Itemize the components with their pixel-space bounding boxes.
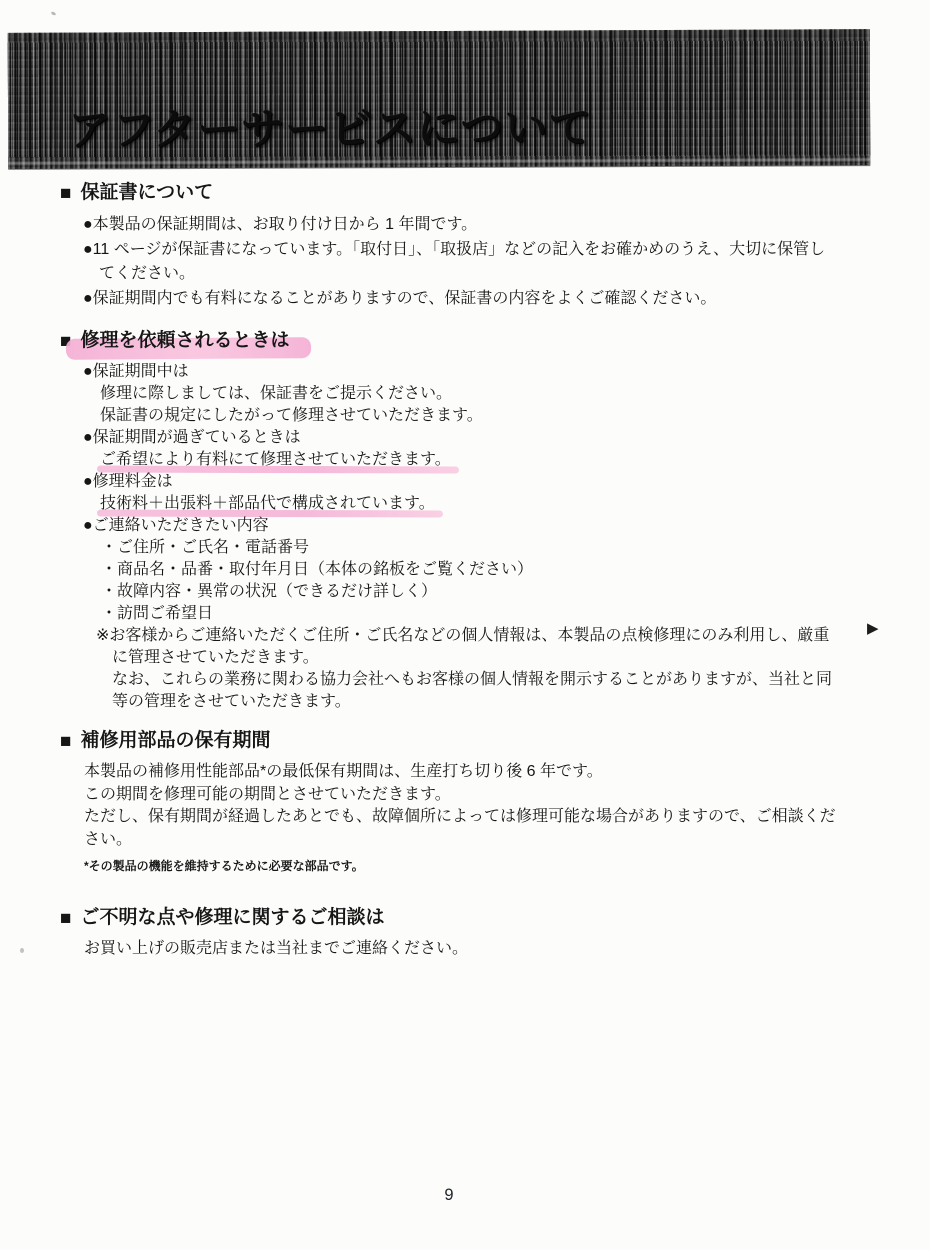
text-line: ●保証期間が過ぎているときは	[83, 427, 930, 449]
text-line-content: 本製品の補修用性能部品*の最低保有期間は、生産打ち切り後 6 年です。	[84, 761, 603, 784]
text-line: ●保証期間中は	[83, 361, 930, 383]
text-line-content: なお、これらの業務に関わる協力会社へもお客様の個人情報を開示することがありますが…	[112, 669, 832, 691]
text-line-content: ご希望により有料にて修理させていただきます。	[100, 449, 451, 471]
text-line: てください。	[99, 262, 930, 287]
text-line: ・商品名・品番・取付年月日（本体の銘板をご覧ください）	[101, 559, 930, 581]
text-line: ・訪問ご希望日	[101, 603, 930, 625]
section-spare-parts: ■補修用部品の保有期間 本製品の補修用性能部品*の最低保有期間は、生産打ち切り後…	[0, 728, 930, 878]
text-line-content: お買い上げの販売店または当社までご連絡ください。	[84, 938, 468, 960]
text-line-note: に管理させていただきます。	[112, 647, 930, 669]
page-content: ■保証書について ●本製品の保証期間は、お取り付け日から 1 年間です。 ●11…	[0, 0, 930, 960]
section-heading-parts: ■補修用部品の保有期間	[60, 728, 930, 754]
section-heading-warranty: ■保証書について	[60, 180, 930, 206]
text-line-note: 等の管理をさせていただきます。	[112, 691, 930, 713]
text-line: ・故障内容・異常の状況（できるだけ詳しく）	[101, 581, 930, 603]
section-heading-text-highlighted: 修理を依頼されるときは	[80, 328, 289, 354]
text-line-content: ・訪問ご希望日	[101, 603, 213, 625]
text-line: ●11 ページが保証書になっています。「取付日」、「取扱店」などの記入をお確かめ…	[83, 238, 930, 263]
section-heading-inquiries: ■ご不明な点や修理に関するご相談は	[60, 905, 930, 931]
square-bullet-icon: ■	[60, 906, 71, 932]
text-line: ●ご連絡いただきたい内容	[83, 515, 930, 537]
text-line-highlighted: ご希望により有料にて修理させていただきます。	[100, 449, 930, 471]
footnote-line: *その製品の機能を維持するために必要な部品です。	[84, 855, 930, 878]
text-line-content: 技術料＋出張料＋部品代で構成されています。	[100, 493, 435, 515]
section-heading-text: 保証書について	[80, 180, 213, 206]
text-line-content: ●保証期間内でも有料になることがありますので、保証書の内容をよくご確認ください。	[83, 287, 716, 312]
square-bullet-icon: ■	[60, 181, 71, 207]
text-line: ・ご住所・ご氏名・電話番号	[101, 537, 930, 559]
text-line-content: ※お客様からご連絡いただくご住所・ご氏名などの個人情報は、本製品の点検修理にのみ…	[96, 625, 829, 647]
continue-arrow-icon: ▶	[867, 621, 879, 636]
text-line-content: に管理させていただきます。	[112, 647, 319, 669]
text-line: 保証書の規定にしたがって修理させていただきます。	[100, 405, 930, 427]
text-line: 修理に際しましては、保証書をご提示ください。	[100, 383, 930, 405]
text-line-content: さい。	[84, 829, 132, 852]
text-line: お買い上げの販売店または当社までご連絡ください。	[84, 938, 930, 960]
page-number: 9	[437, 1186, 461, 1205]
scanned-manual-page: アフターサービスについて ■保証書について ●本製品の保証期間は、お取り付け日か…	[0, 0, 930, 1250]
text-line-note: ※お客様からご連絡いただくご住所・ご氏名などの個人情報は、本製品の点検修理にのみ…	[96, 625, 930, 647]
text-line-highlighted: 技術料＋出張料＋部品代で構成されています。	[100, 493, 930, 515]
text-line: ●保証期間内でも有料になることがありますので、保証書の内容をよくご確認ください。	[83, 287, 930, 312]
text-line: ●本製品の保証期間は、お取り付け日から 1 年間です。	[83, 213, 930, 238]
text-line-content: ●保証期間中は	[83, 361, 189, 383]
text-line-content: てください。	[99, 262, 195, 287]
square-bullet-icon: ■	[60, 729, 71, 755]
section-heading-repair: ■修理を依頼されるときは	[60, 328, 930, 354]
text-line: この期間を修理可能の期間とさせていただきます。	[84, 784, 930, 807]
text-line-content: ・故障内容・異常の状況（できるだけ詳しく）	[101, 581, 437, 603]
text-line-content: *その製品の機能を維持するために必要な部品です。	[84, 855, 364, 878]
section-heading-text: 補修用部品の保有期間	[80, 728, 270, 754]
section-inquiries: ■ご不明な点や修理に関するご相談は お買い上げの販売店または当社までご連絡くださ…	[0, 905, 930, 960]
text-line-note: なお、これらの業務に関わる協力会社へもお客様の個人情報を開示することがありますが…	[112, 669, 930, 691]
section-warranty: ■保証書について ●本製品の保証期間は、お取り付け日から 1 年間です。 ●11…	[0, 180, 930, 311]
text-line-content: ●修理料金は	[83, 471, 173, 493]
text-line-content: ●本製品の保証期間は、お取り付け日から 1 年間です。	[83, 213, 477, 238]
text-line-content: 等の管理をさせていただきます。	[112, 691, 351, 713]
text-line: 本製品の補修用性能部品*の最低保有期間は、生産打ち切り後 6 年です。	[84, 761, 930, 784]
text-line-content: ・ご住所・ご氏名・電話番号	[101, 537, 309, 559]
text-line-content: ・商品名・品番・取付年月日（本体の銘板をご覧ください）	[101, 559, 533, 581]
text-line: ただし、保有期間が経過したあとでも、故障個所によっては修理可能な場合がありますの…	[84, 806, 930, 829]
text-line-content: 修理に際しましては、保証書をご提示ください。	[100, 383, 452, 405]
section-repair-request: ■修理を依頼されるときは ●保証期間中は 修理に際しましては、保証書をご提示くだ…	[0, 328, 930, 713]
section-heading-text: ご不明な点や修理に関するご相談は	[80, 905, 384, 931]
text-line: さい。	[84, 829, 930, 852]
text-line-content: この期間を修理可能の期間とさせていただきます。	[84, 784, 451, 807]
text-line-content: ただし、保有期間が経過したあとでも、故障個所によっては修理可能な場合がありますの…	[84, 806, 836, 829]
text-line-content: 保証書の規定にしたがって修理させていただきます。	[100, 405, 483, 427]
text-line: ●修理料金は	[83, 471, 930, 493]
text-line-content: ●11 ページが保証書になっています。「取付日」、「取扱店」などの記入をお確かめ…	[83, 238, 825, 263]
text-line-content: ●ご連絡いただきたい内容	[83, 515, 269, 537]
text-line-content: ●保証期間が過ぎているときは	[83, 427, 301, 449]
